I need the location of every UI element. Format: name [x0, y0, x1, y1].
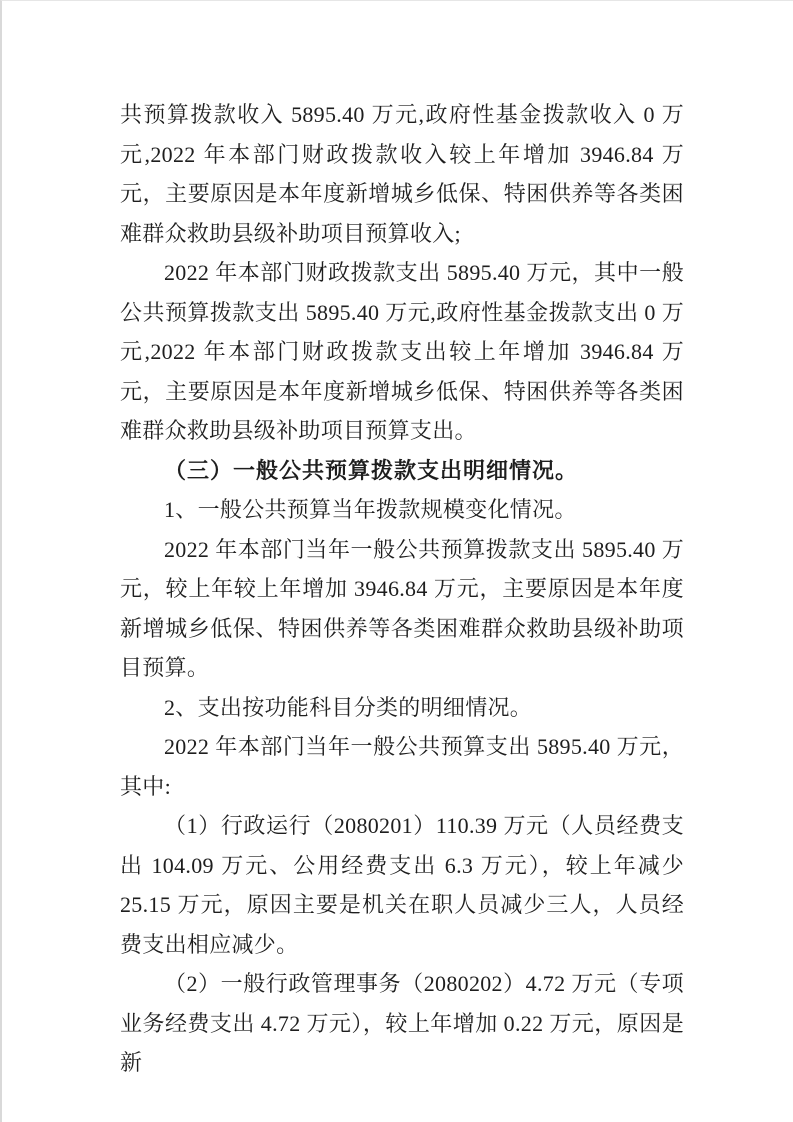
paragraph-item-1-administrative-operation: （1）行政运行（2080201）110.39 万元（人员经费支出 104.09 … — [120, 806, 684, 964]
document-body: 共预算拨款收入 5895.40 万元,政府性基金拨款收入 0 万元,2022 年… — [120, 95, 684, 1083]
paragraph-item-2-general-admin-affairs: （2）一般行政管理事务（2080202）4.72 万元（专项业务经费支出 4.7… — [120, 964, 684, 1083]
paragraph-fiscal-expenditure: 2022 年本部门财政拨款支出 5895.40 万元，其中一般公共预算拨款支出 … — [120, 253, 684, 451]
paragraph-fiscal-income-continuation: 共预算拨款收入 5895.40 万元,政府性基金拨款收入 0 万元,2022 年… — [120, 95, 684, 253]
section-heading-general-public-budget-detail: （三）一般公共预算拨款支出明细情况。 — [120, 451, 684, 491]
paragraph-budget-scale-change: 2022 年本部门当年一般公共预算拨款支出 5895.40 万元，较上年较上年增… — [120, 530, 684, 688]
subsection-1-title: 1、一般公共预算当年拨款规模变化情况。 — [120, 490, 684, 530]
paragraph-expenditure-total: 2022 年本部门当年一般公共预算支出 5895.40 万元，其中: — [120, 727, 684, 806]
scanned-document-page: 共预算拨款收入 5895.40 万元,政府性基金拨款收入 0 万元,2022 年… — [0, 0, 793, 1122]
subsection-2-title: 2、支出按功能科目分类的明细情况。 — [120, 688, 684, 728]
